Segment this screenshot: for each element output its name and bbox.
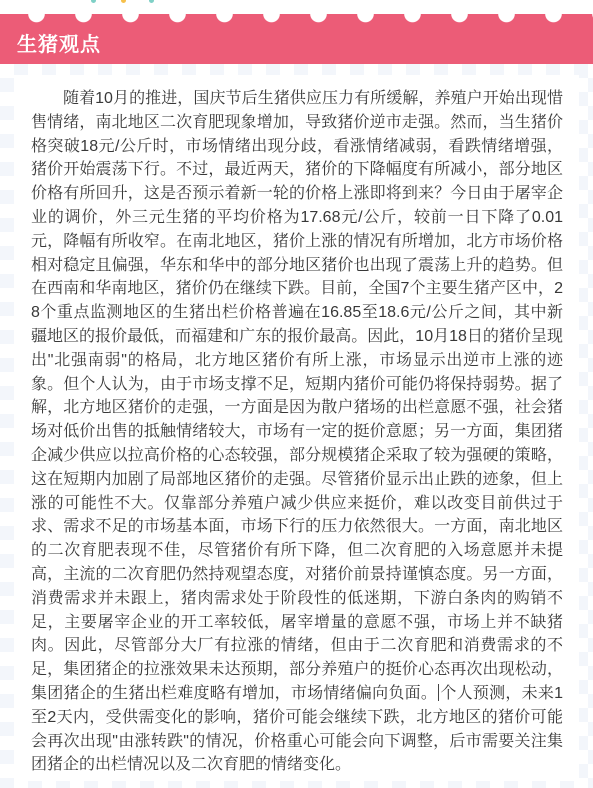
section-header-banner: 生猪观点: [0, 14, 593, 64]
page: 生猪观点 随着10月的推进，国庆节后生猪供应压力有所缓解，养殖户开始出现惜售情绪…: [0, 0, 593, 788]
confetti-dot-icon: [149, 0, 154, 3]
article-paragraph: 随着10月的推进，国庆节后生猪供应压力有所缓解，养殖户开始出现惜售情绪，南北地区…: [31, 87, 563, 777]
checkered-background: 随着10月的推进，国庆节后生猪供应压力有所缓解，养殖户开始出现惜售情绪，南北地区…: [0, 64, 593, 788]
top-strip: [0, 0, 593, 14]
text-cursor: [438, 684, 439, 701]
confetti-dot-icon: [91, 0, 96, 3]
article-text-part1: 随着10月的推进，国庆节后生猪供应压力有所缓解，养殖户开始出现惜售情绪，南北地区…: [31, 90, 563, 702]
confetti-dot-icon: [121, 0, 126, 3]
article-card: 随着10月的推进，国庆节后生猪供应压力有所缓解，养殖户开始出现惜售情绪，南北地区…: [14, 75, 579, 781]
section-title: 生猪观点: [0, 22, 101, 57]
